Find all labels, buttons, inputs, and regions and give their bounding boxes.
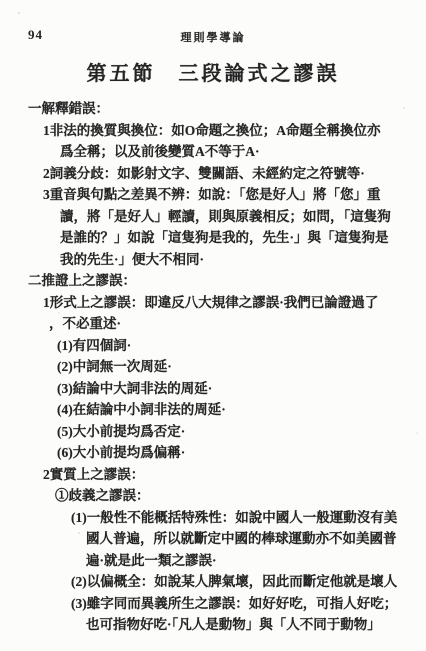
text-line: 3重音與句點之差異不辨：如說：「您是好人」將「您」重 xyxy=(0,184,416,206)
list-item: (6)大小前提均爲偏稱· xyxy=(0,442,416,464)
scan-noise xyxy=(18,12,20,14)
list-item: (3)結論中大詞非法的周延· xyxy=(0,378,416,400)
text-line: 也可指物好吃·「凡人是動物」與「人不同于動物」 xyxy=(0,614,416,636)
text-line: 是誰的？」如說「這隻狗是我的，先生·」與「這隻狗是 xyxy=(0,227,416,249)
text-line: 2詞義分歧：如影射文字、雙關語、未經約定之符號等· xyxy=(0,163,416,185)
text-line: 我的先生·」便大不相同· xyxy=(0,249,416,271)
text-line: 2實質上之謬誤： xyxy=(0,464,416,486)
body-text: 一解釋錯誤： 1非法的換質與換位：如O命題之換位；A命題全稱換位亦 爲全稱；以及… xyxy=(0,98,416,636)
text-line: 爲全稱；以及前後變質A不等于A· xyxy=(0,141,416,163)
list-item: (1)有四個詞· xyxy=(0,335,416,357)
list-item: (2)以偏概全：如說某人脾氣壞，因此而斷定他就是壞人 xyxy=(0,571,416,593)
text-line: 國人普遍，所以就斷定中國的棒球運動亦不如美國普 xyxy=(0,528,416,550)
text-line: 讀，將「是好人」輕讀，則與原義相反；如問，「這隻狗 xyxy=(0,206,416,228)
list-item: (1)一般性不能概括特殊性：如說中國人一般運動沒有美 xyxy=(0,507,416,529)
list-item: (2)中詞無一次周延· xyxy=(0,356,416,378)
text-line: ①歧義之謬誤： xyxy=(0,485,416,507)
list-item: (5)大小前提均爲否定· xyxy=(0,421,416,443)
text-line: ，不必重述· xyxy=(0,313,416,335)
text-line: 1形式上之謬誤：即違反八大規律之謬誤·我們已論證過了 xyxy=(0,292,416,314)
section-2-heading: 二推證上之謬誤： xyxy=(0,270,416,292)
text-line: 遍·就是此一類之謬誤· xyxy=(0,550,416,572)
section-1-heading: 一解釋錯誤： xyxy=(0,98,416,120)
running-head-book-title: 理則學導論 xyxy=(0,29,426,45)
scanned-book-page: 94 理則學導論 第五節 三段論式之謬誤 一解釋錯誤： 1非法的換質與換位：如O… xyxy=(0,0,426,651)
list-item: (3)雖字同而異義所生之謬誤：如好好吃，可指人好吃； xyxy=(0,593,416,615)
section-title: 第五節 三段論式之謬誤 xyxy=(0,57,426,86)
text-line: 1非法的換質與換位：如O命題之換位；A命題全稱換位亦 xyxy=(0,120,416,142)
list-item: (4)在結論中小詞非法的周延· xyxy=(0,399,416,421)
